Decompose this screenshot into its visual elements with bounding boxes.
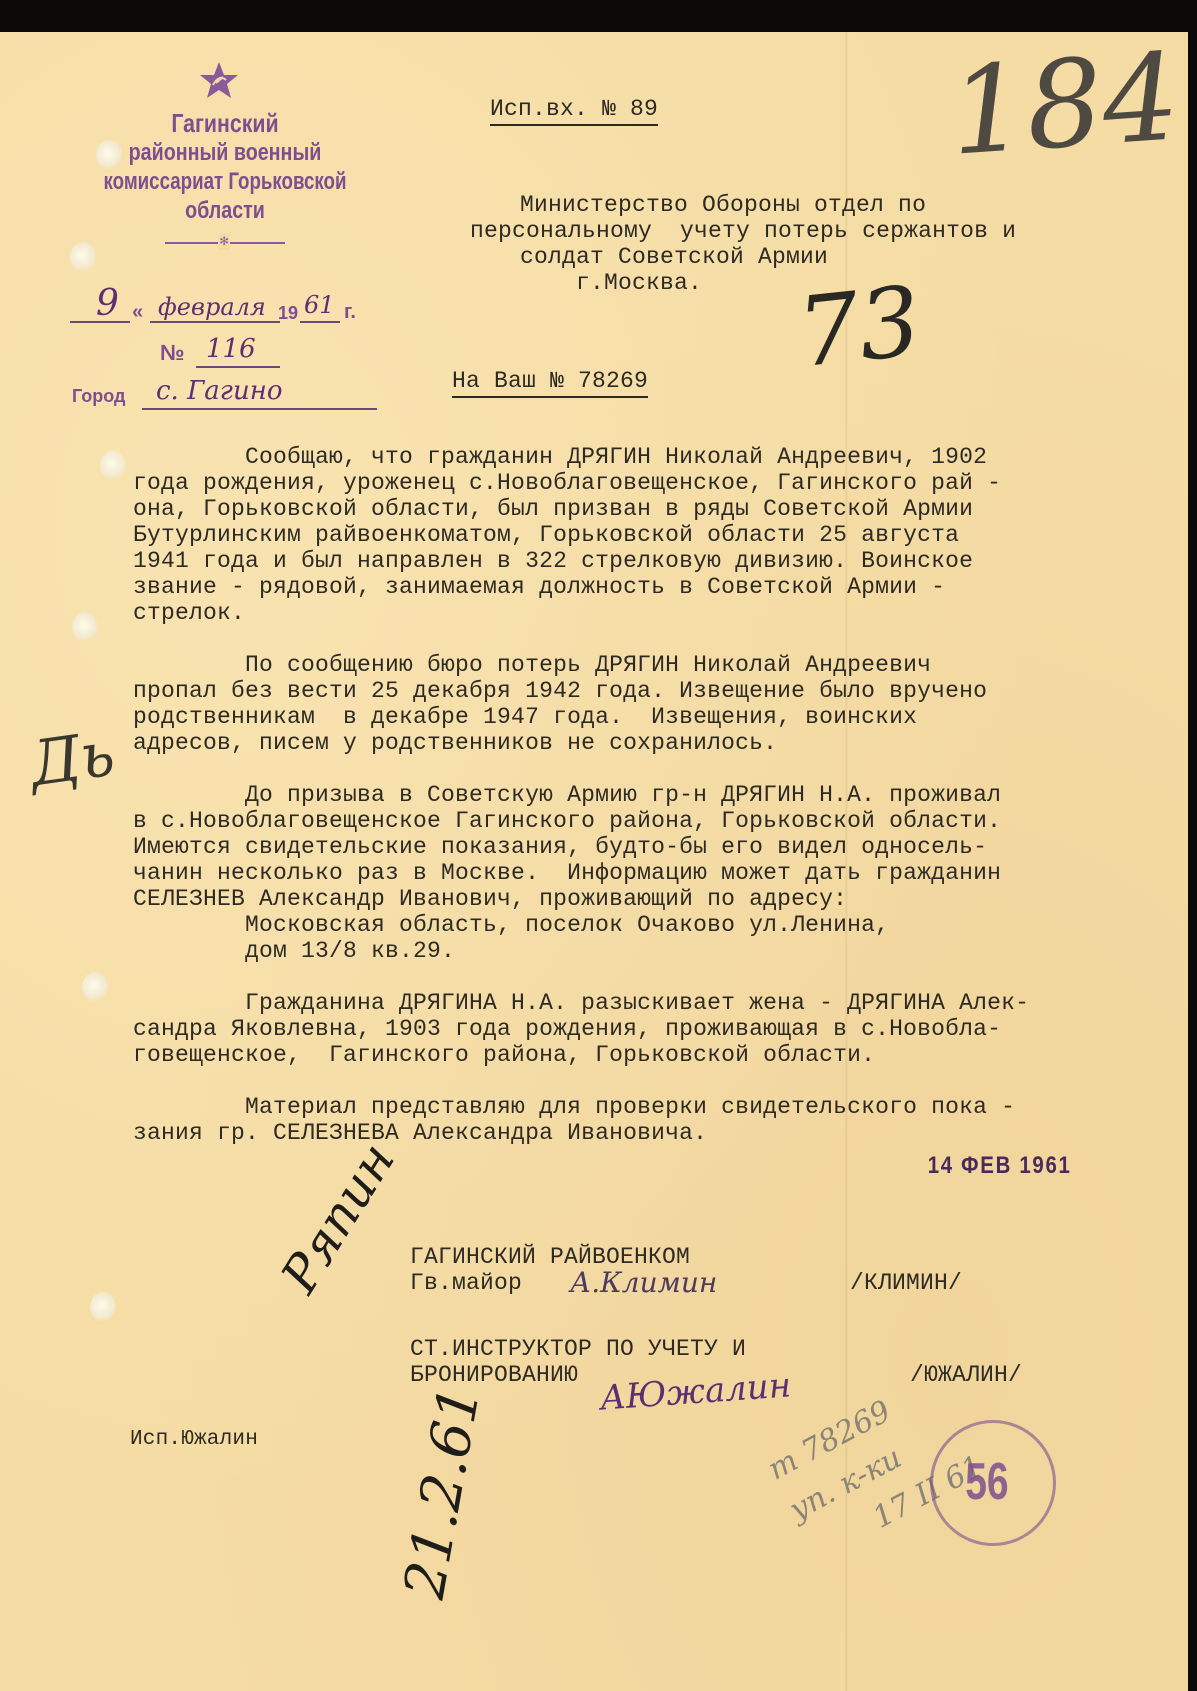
letter-date: 9 « февраля 19 61 г. [70,287,390,327]
org-name-line: области [90,196,361,225]
letter-number: № 116 [160,332,280,372]
punch-hole [100,450,126,480]
document-page: Гагинский районный военный комиссариат Г… [0,32,1188,1691]
paragraph: По сообщению бюро потерь ДРЯГИН Николай … [133,652,1029,756]
punch-hole [90,1292,116,1322]
center-handwritten-number: 73 [793,266,926,388]
role-signature: АЮжалин [599,1365,793,1418]
body-line: стрелок. [133,600,1029,626]
number-label: № [160,340,185,366]
margin-mark: Дь [25,716,119,800]
body-line: Московская область, поселок Очаково ул.Л… [133,912,1029,938]
stamp-divider: ✻ [165,237,285,247]
received-date-stamp: 14 ФЕВ 1961 [928,1152,1072,1180]
city-label: Город [72,386,125,407]
circle-stamp-number: 56 [965,1452,1008,1512]
body-line: она, Горьковской области, был призван в … [133,496,1029,522]
body-line: чанин несколько раз в Москве. Информацию… [133,860,1029,886]
letter-body: Сообщаю, что гражданин ДРЯГИН Николай Ан… [133,444,1029,1146]
paragraph: Материал представляю для проверки свидет… [133,1094,1029,1146]
paragraph: Сообщаю, что гражданин ДРЯГИН Николай Ан… [133,444,1029,626]
body-line: зания гр. СЕЛЕЗНЕВА Александра Ивановича… [133,1120,1029,1146]
exec-incoming-number: Исп.вх. № 89 [490,96,658,126]
body-line: Имеются свидетельские показания, будто-б… [133,834,1029,860]
body-line: пропал без вести 25 декабря 1942 года. И… [133,678,1029,704]
body-line: Бутурлинским райвоенкоматом, Горьковской… [133,522,1029,548]
body-line: сандра Яковлевна, 1903 года рождения, пр… [133,1016,1029,1042]
org-name-line: районный военный [90,138,361,167]
date-year-prefix: 19 [278,303,298,324]
signature-block: ГАГИНСКИЙ РАЙВОЕНКОМ Гв.майор А.Климин /… [410,1244,1110,1444]
recipient-line: Министерство Обороны отдел по [470,192,1016,218]
signer-role-line: СТ.ИНСТРУКТОР ПО УЧЕТУ И [410,1336,746,1362]
rank-signature: А.Климин [570,1266,717,1299]
letter-city: Город с. Гагино [72,372,382,412]
recipient-line: г.Москва. [470,270,1016,296]
date-year-unit: г. [344,301,356,324]
executor: Исп.Южалин [130,1427,258,1453]
body-line: родственникам в декабре 1947 года. Извещ… [133,704,1029,730]
date-month: февраля [158,293,266,321]
recipient-line: персональному учету потерь сержантов и [470,218,1016,244]
body-line: звание - рядовой, занимаемая должность в… [133,574,1029,600]
body-line: говещенское, Гагинского района, Горьковс… [133,1042,1029,1068]
org-name-line: Гагинский [90,108,361,138]
body-line: в с.Новоблаговещенское Гагинского района… [133,808,1029,834]
body-line: Гражданина ДРЯГИНА Н.А. разыскивает жена… [133,990,1029,1016]
punch-hole [82,972,108,1002]
archive-sheet-number: 184 [945,28,1183,184]
body-line: СЕЛЕЗНЕВ Александр Иванович, проживающий… [133,886,1029,912]
signer-rank: Гв.майор [410,1270,522,1296]
body-line: Сообщаю, что гражданин ДРЯГИН Николай Ан… [133,444,1029,470]
star-emblem-icon [197,60,241,102]
body-line: По сообщению бюро потерь ДРЯГИН Николай … [133,652,1029,678]
recipient-block: Министерство Обороны отдел по персональн… [470,192,1016,296]
date-year-suffix: 61 [304,291,335,319]
org-name-line: комиссариат Горьковской [96,167,353,196]
city-value: с. Гагино [156,376,282,406]
body-line: года рождения, уроженец с.Новоблаговещен… [133,470,1029,496]
signer-rank-name: /КЛИМИН/ [850,1270,962,1296]
punch-hole [72,612,98,642]
recipient-line: солдат Советской Армии [470,244,1016,270]
date-day: 9 [96,283,119,324]
reply-reference: На Ваш № 78269 [452,368,648,398]
body-line: 1941 года и был направлен в 322 стрелков… [133,548,1029,574]
letterhead-stamp: Гагинский районный военный комиссариат Г… [60,60,390,247]
signer-role-line: БРОНИРОВАНИЮ [410,1362,578,1388]
number-value: 116 [206,334,256,364]
body-line: До призыва в Советскую Армию гр-н ДРЯГИН… [133,782,1029,808]
body-line: Материал представляю для проверки свидет… [133,1094,1029,1120]
body-line: дом 13/8 кв.29. [133,938,1029,964]
body-line: адресов, писем у родственников не сохран… [133,730,1029,756]
resolution-signature: Ряпин [270,1133,406,1303]
paragraph: Гражданина ДРЯГИНА Н.А. разыскивает жена… [133,990,1029,1068]
paragraph: До призыва в Советскую Армию гр-н ДРЯГИН… [133,782,1029,964]
